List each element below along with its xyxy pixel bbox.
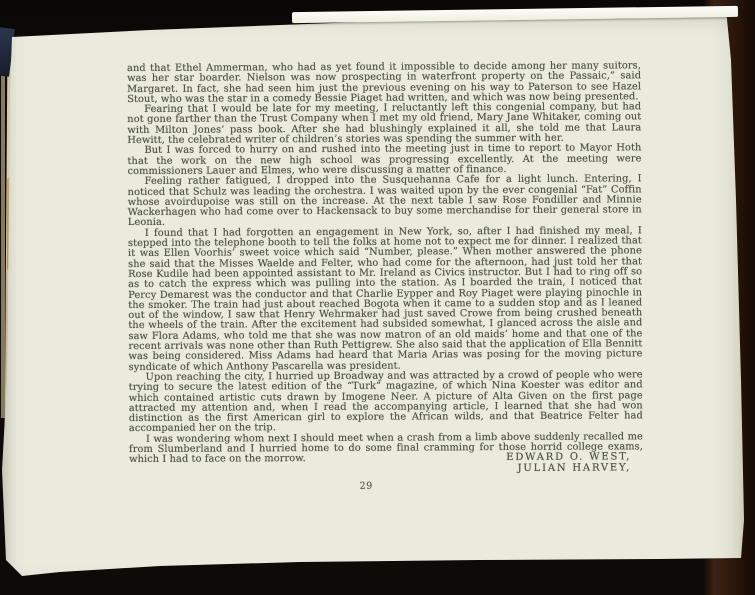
paragraph: But I was forced to hurry on and rushed … (127, 144, 641, 178)
paragraph: Feeling rather fatigued, I dropped into … (128, 175, 642, 229)
book-photo: and that Ethel Ammerman, who had as yet … (0, 0, 755, 595)
paragraph: Fearing that I would be late for my meet… (127, 102, 641, 146)
paragraph: I found that I had forgotten an engageme… (128, 226, 643, 373)
page-text-block: and that Ethel Ammerman, who had as yet … (127, 61, 643, 493)
paragraph: and that Ethel Ammerman, who had as yet … (127, 61, 641, 105)
paragraph: Upon reaching the city, I hurried up Bro… (129, 370, 643, 434)
page-fore-edge (1, 58, 5, 418)
